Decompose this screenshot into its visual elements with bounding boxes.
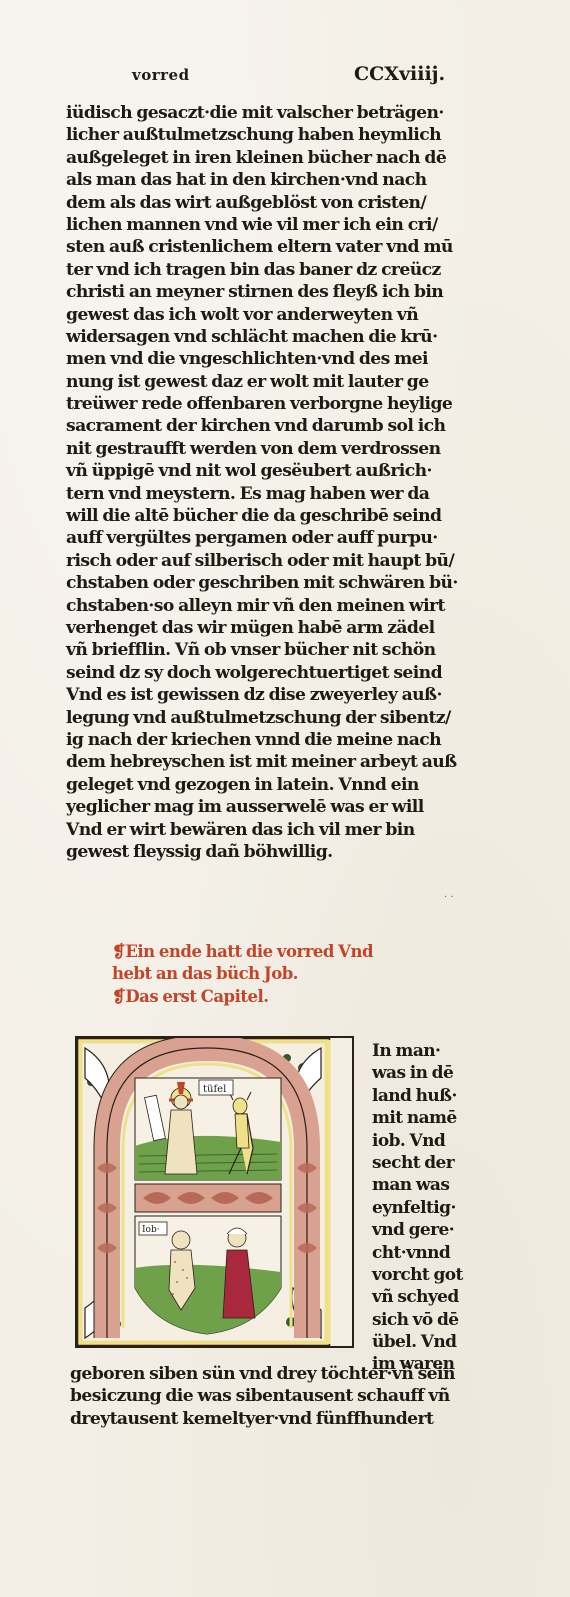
text-line: chstaben oder geschriben mit schwären bü… [66,572,466,594]
text-line: lichen mannen vnd wie vil mer ich ein cr… [66,214,466,236]
text-line: treüwer rede offenbaren verborgne heylig… [66,393,466,415]
text-line: legung vnd außtulmetzschung der sibentz/ [66,707,466,729]
folio-number: CCXviiij. [354,63,445,85]
text-line: vñ üppigē vnd nit wol gesëubert außrich· [66,460,466,482]
text-line: iüdisch gesaczt·die mit valscher beträge… [66,102,466,124]
rubric-heading: ❡Ein ende hatt die vorred Vnd hebt an da… [112,941,442,1008]
text-line: vñ briefflin. Vñ ob vnser bücher nit sch… [66,639,466,661]
text-line: sich vō dē [372,1309,472,1331]
book-page: vorred CCXviiij. iüdisch gesaczt·die mit… [0,0,570,1597]
running-head-section: vorred [132,66,190,84]
text-line: Vnd es ist gewissen dz dise zweyerley au… [66,684,466,706]
text-line: nung ist gewest daz er wolt mit lauter g… [66,371,466,393]
text-line: dem hebreyschen ist mit meiner arbeyt au… [66,751,466,773]
text-line: chstaben·so alleyn mir vñ den meinen wir… [66,595,466,617]
text-line: gewest das ich wolt vor anderweyten vñ [66,304,466,326]
text-line: will die altē bücher die da geschribē se… [66,505,466,527]
text-line: vñ schyed [372,1286,472,1308]
text-line: In man· [372,1040,472,1062]
text-line: men vnd die vngeschlichten·vnd des mei [66,348,466,370]
label-tufel: tüfel [203,1084,226,1095]
text-line: außgeleget in iren kleinen bücher nach d… [66,147,466,169]
ink-specks: · · [444,892,454,903]
rubric-line: ❡Das erst Capitel. [112,986,442,1008]
text-line: ter vnd ich tragen bin das baner dz creü… [66,259,466,281]
text-line: was in dē [372,1062,472,1084]
text-line: als man das hat in den kirchen·vnd nach [66,169,466,191]
historiated-initial: tüfel Iob· [75,1036,354,1348]
text-line: dem als das wirt außgeblöst von cristen/ [66,192,466,214]
continuation-text-block: geboren siben sün vnd drey töchter·vñ se… [70,1363,470,1430]
text-line: secht der [372,1152,472,1174]
running-head: vorred CCXviiij. [0,66,570,90]
text-line: iob. Vnd [372,1130,472,1152]
text-line: sten auß cristenlichem eltern vater vnd … [66,236,466,258]
text-line: christi an meyner stirnen des fleyß ich … [66,281,466,303]
text-line: Vnd er wirt bewären das ich vil mer bin [66,819,466,841]
text-line: yeglicher mag im ausserwelē was er will [66,796,466,818]
rubric-line: hebt an das büch Job. [112,963,442,985]
label-job: Iob· [142,1225,160,1235]
text-line: vorcht got [372,1264,472,1286]
text-line: mit namē [372,1107,472,1129]
text-line: sacrament der kirchen vnd darumb sol ich [66,415,466,437]
text-line: geboren siben sün vnd drey töchter·vñ se… [70,1363,470,1385]
initial-side-text: In man· was in dē land huß· mit namē iob… [372,1040,472,1376]
text-line: cht·vnnd [372,1242,472,1264]
text-line: tern vnd meystern. Es mag haben wer da [66,483,466,505]
rubric-line: ❡Ein ende hatt die vorred Vnd [112,941,442,963]
text-line: auff vergültes pergamen oder auff purpu· [66,527,466,549]
text-line: eynfeltig· [372,1197,472,1219]
text-line: nit gestraufft werden von dem verdrossen [66,438,466,460]
text-line: widersagen vnd schlächt machen die krū· [66,326,466,348]
text-line: dreytausent kemeltyer·vnd fünffhundert [70,1408,470,1430]
text-line: geleget vnd gezogen in latein. Vnnd ein [66,774,466,796]
text-line: besiczung die was sibentausent schauff v… [70,1385,470,1407]
text-line: risch oder auf silberisch oder mit haupt… [66,550,466,572]
text-line: land huß· [372,1085,472,1107]
text-line: seind dz sy doch wolgerechtuertiget sein… [66,662,466,684]
text-line: verhenget das wir mügen habē arm zädel [66,617,466,639]
woodcut-initial-illustration: tüfel Iob· [77,1038,352,1346]
text-line: licher außtulmetzschung haben heymlich [66,124,466,146]
text-line: man was [372,1174,472,1196]
text-line: übel. Vnd [372,1331,472,1353]
text-line: gewest fleyssig dañ böhwillig. [66,841,466,863]
main-text-block: iüdisch gesaczt·die mit valscher beträge… [66,102,466,863]
text-line: ig nach der kriechen vnnd die meine nach [66,729,466,751]
text-line: vnd gere· [372,1219,472,1241]
